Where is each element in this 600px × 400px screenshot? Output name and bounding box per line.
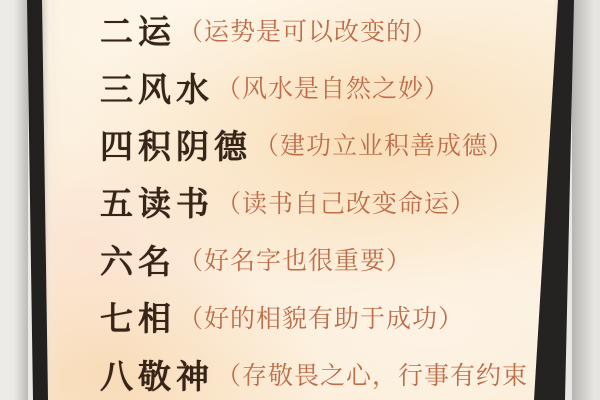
list-item-note: （运势是可以改变的） [178,12,438,48]
fortune-factors-list: 二运 （运势是可以改变的） 三风水 （风水是自然之妙） 四积阴德 （建功立业积善… [100,1,600,400]
list-item-term: 四积阴德 [100,121,252,168]
left-margin-shadow [14,0,28,400]
list-item: 二运 （运势是可以改变的） [100,1,600,58]
list-item-note: （好的相貌有助于成功） [178,299,464,335]
list-item: 四积阴德 （建功立业积善成德） [100,116,600,173]
right-margin-shadow [572,0,594,400]
list-item-note: （存敬畏之心，行事有约束 [216,356,528,392]
list-item: 五读书 （读书自己改变命运） [100,173,600,230]
list-item: 七相 （好的相貌有助于成功） [100,288,600,345]
list-item-note: （好名字也很重要） [178,241,412,277]
poster-paper: 二运 （运势是可以改变的） 三风水 （风水是自然之妙） 四积阴德 （建功立业积善… [0,0,600,400]
list-item: 八敬神 （存敬畏之心，行事有约束 [100,345,600,400]
list-item-note: （建功立业积善成德） [254,126,514,162]
list-item-note: （风水是自然之妙） [216,69,450,105]
list-item-term: 八敬神 [100,351,214,398]
list-item-term: 五读书 [100,178,214,225]
list-item-term: 七相 [100,293,176,340]
list-item-term: 六名 [100,236,176,283]
photo-of-list-poster: 二运 （运势是可以改变的） 三风水 （风水是自然之妙） 四积阴德 （建功立业积善… [0,0,600,400]
list-item: 六名 （好名字也很重要） [100,231,600,288]
list-item-term: 三风水 [100,64,214,111]
list-item-term: 二运 [100,6,176,53]
list-item: 三风水 （风水是自然之妙） [100,58,600,115]
list-item-note: （读书自己改变命运） [216,184,476,220]
